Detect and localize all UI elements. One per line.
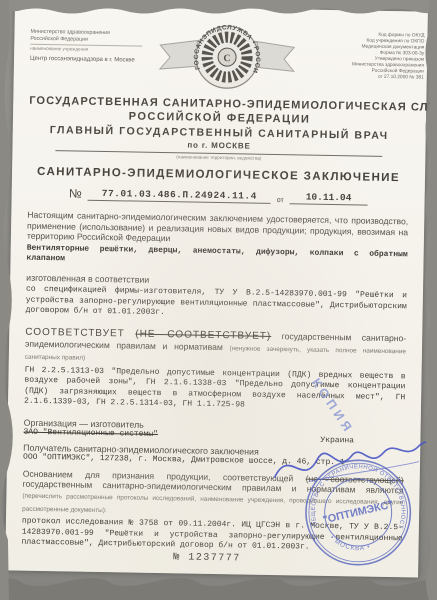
form-codes-block: Код формы по ОКУДКод учреждения по ОКПОМ… (312, 22, 425, 82)
seal-center-letter: С (223, 53, 230, 64)
document-header: Министерство здравоохранения Российской … (29, 17, 411, 98)
conclusion-number-line: № 77.01.03.486.П.24924.11.4 от 10.11.04 (28, 186, 409, 207)
gossanepid-seal-icon: С ГОССАНЭПИДСЛУЖБА • РОССИИ (141, 19, 312, 96)
number-sign: № (69, 186, 82, 200)
blank-serial-number: № 1237777 (173, 552, 241, 564)
certification-paragraph: Настоящим санитарно-эпидемиологическим з… (27, 210, 408, 248)
svg-text:• МОСКВА •: • МОСКВА • (328, 534, 371, 552)
ministry-line2: Российской Федерации (30, 35, 142, 44)
sanitary-norms-list: ГН 2.2.5.1313-03 "Предельно допустимые к… (24, 366, 406, 414)
state-emblem: С ГОССАНЭПИДСЛУЖБА • РОССИИ (141, 19, 312, 96)
signature (268, 429, 434, 507)
stamp-ring-bottom-text: • МОСКВА • (328, 534, 371, 552)
institution-caption: наименование учреждения (30, 44, 142, 55)
issuing-center: Центр госсанэпиднадзора в г. Москве (30, 55, 142, 64)
signature-icon (268, 429, 434, 502)
conclusion-date: 10.11.04 (290, 191, 368, 205)
from-label: от (277, 197, 284, 204)
conclusion-number: 77.01.03.486.П.24924.11.4 (88, 188, 271, 204)
conforms-word: СООТВЕТСТВУЕТ (25, 327, 125, 340)
text-line: от 27.10.2000 № 381 (312, 74, 424, 82)
issuing-ministry-block: Министерство здравоохранения Российской … (30, 17, 143, 64)
conclusion-heading: САНИТАРНО-ЭПИДЕМИОЛОГИЧЕСКОЕ ЗАКЛЮЧЕНИЕ (28, 166, 409, 185)
certificate-paper: Министерство здравоохранения Российской … (5, 4, 428, 577)
scanned-document: Министерство здравоохранения Российской … (0, 0, 437, 600)
authority-title: ГОСУДАРСТВЕННАЯ САНИТАРНО-ЭПИДЕМИОЛОГИЧЕ… (28, 95, 410, 164)
conformity-statement: СООТВЕТСТВУЕТ (НЕ СООТВЕТСТВУЕТ) государ… (25, 327, 407, 370)
product-description: Вентиляторные решётки, дверцы, анемостат… (26, 243, 407, 270)
manufacturing-spec: со спецификацией фирмы-изготовителя, ТУ … (26, 285, 407, 323)
